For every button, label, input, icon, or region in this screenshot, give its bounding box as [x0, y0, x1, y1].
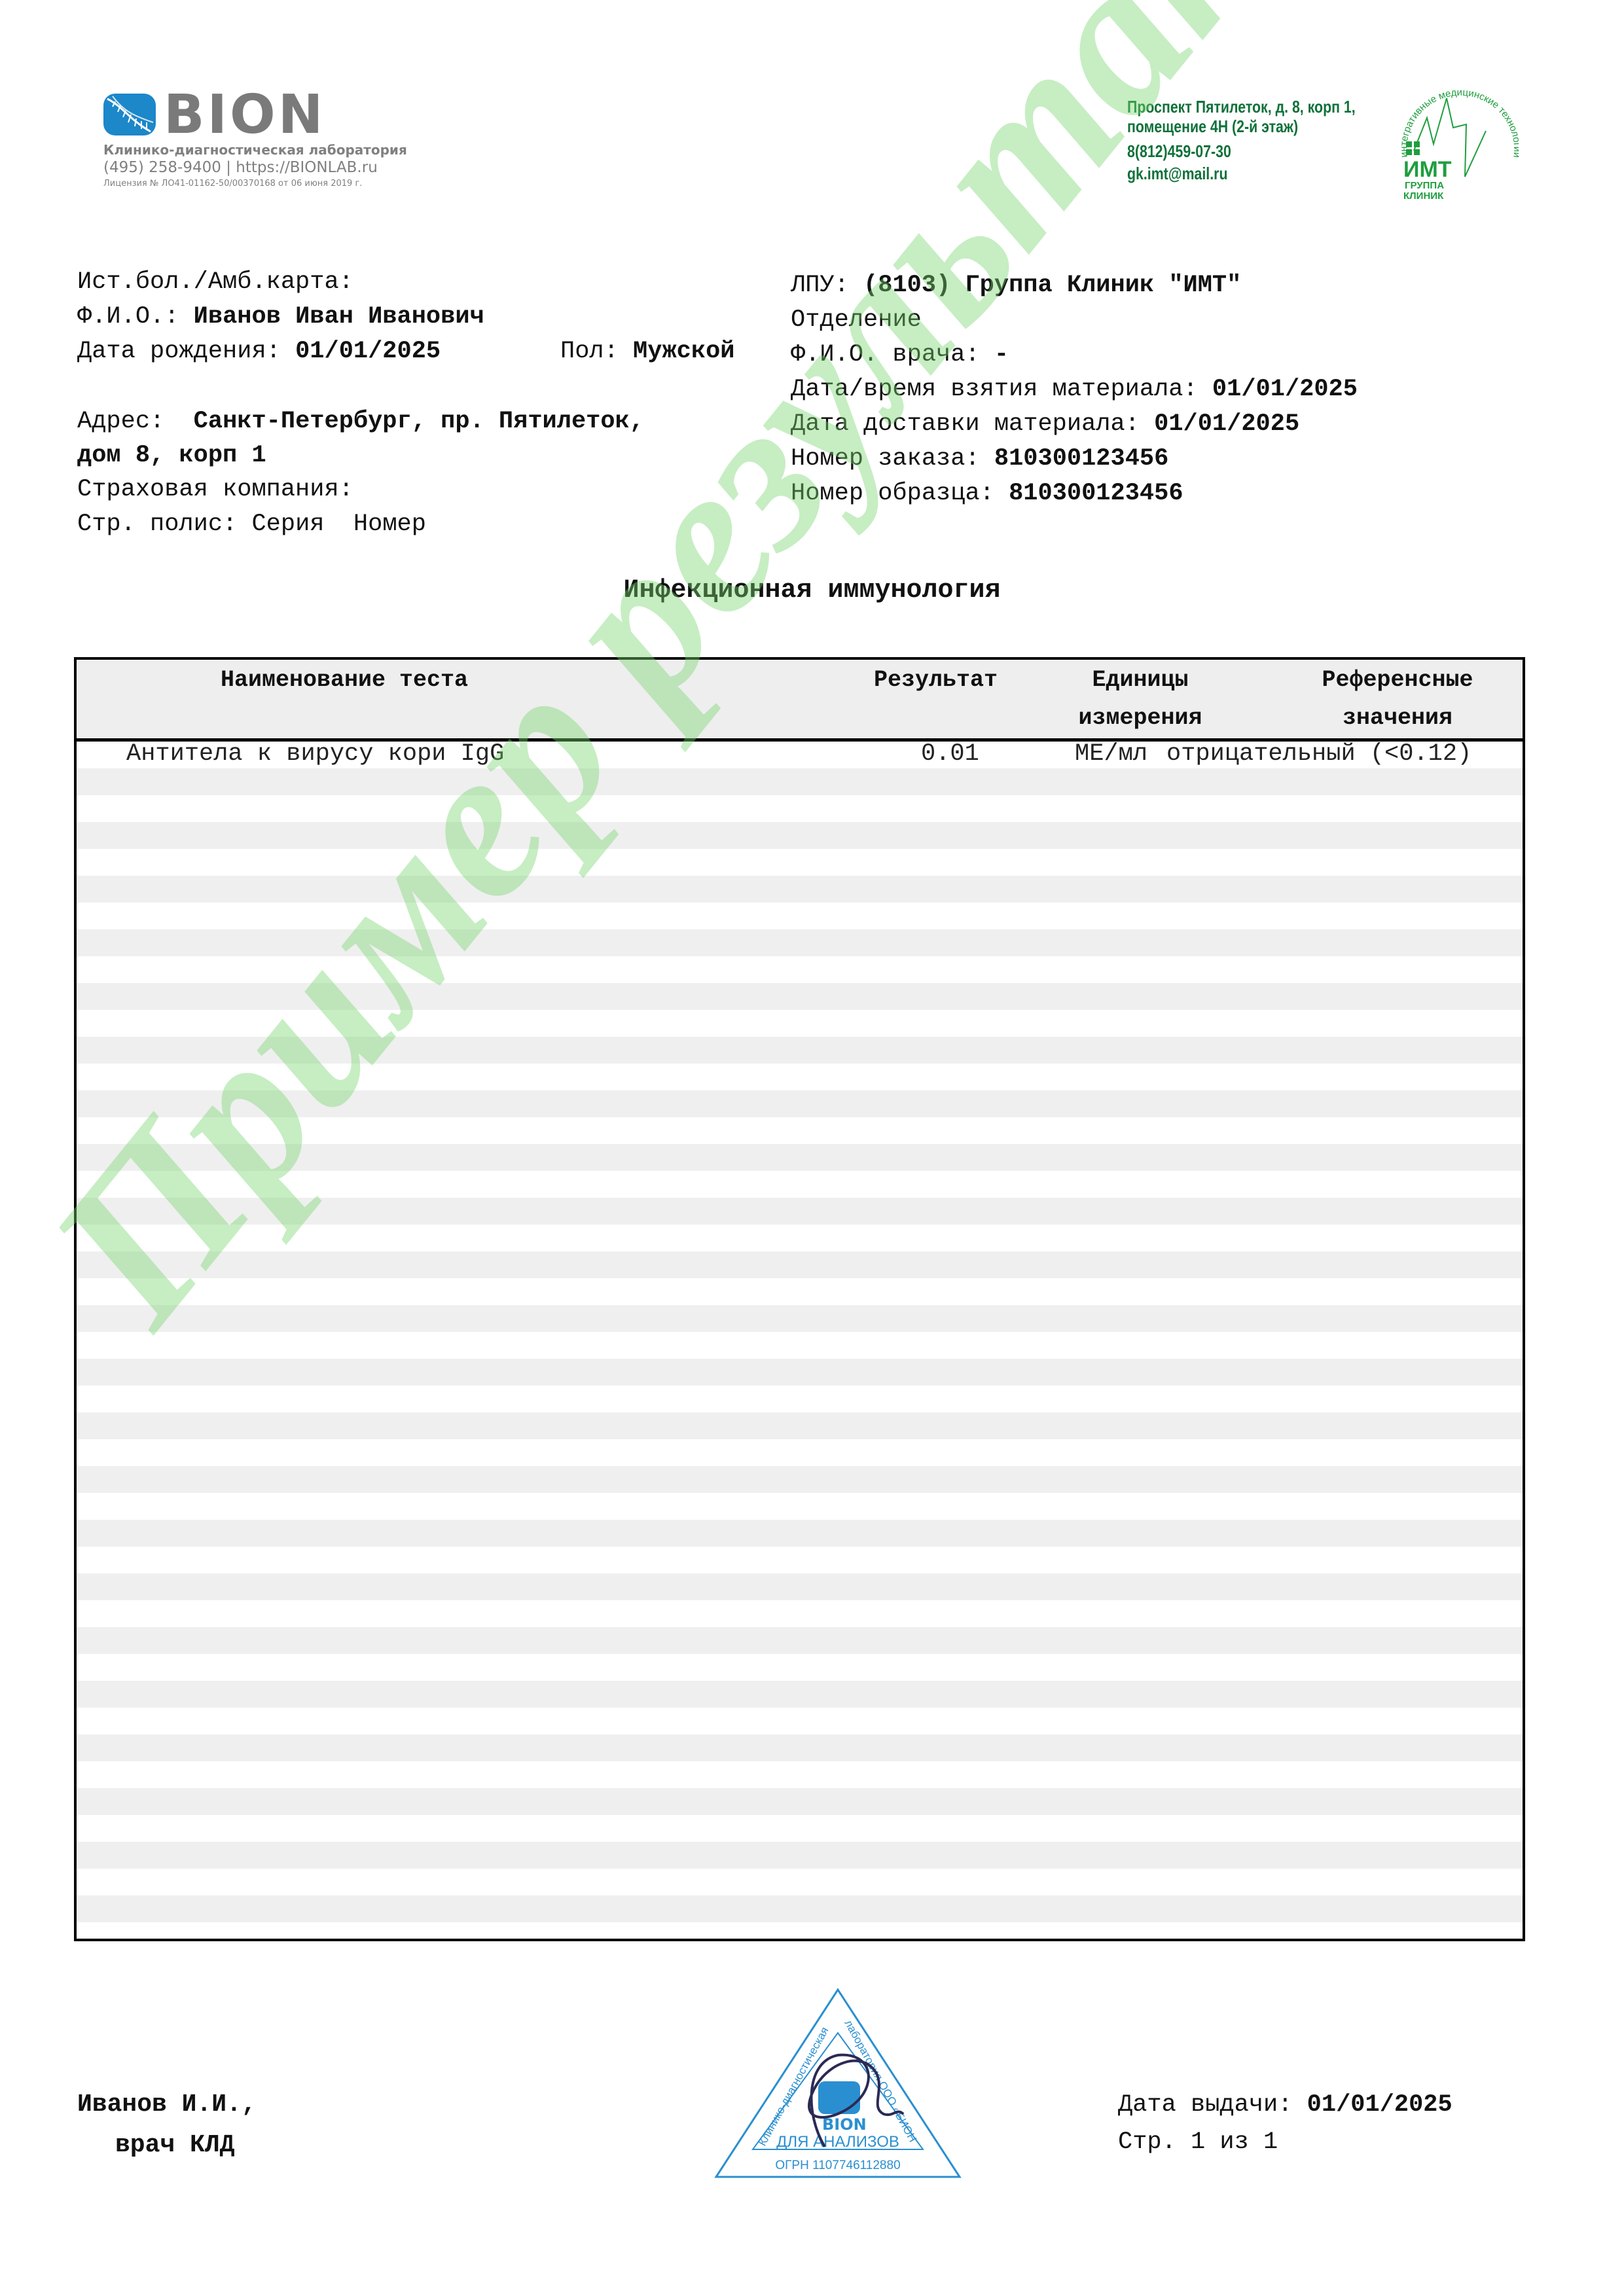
svg-text:ИМТ: ИМТ [1403, 157, 1452, 182]
units-cell: МЕ/мл [1075, 740, 1147, 768]
doctor-label: Ф.И.О. врача: [791, 341, 980, 368]
issue-date-label: Дата выдачи: [1118, 2091, 1292, 2119]
patient-dob: 01/01/2025 [295, 338, 441, 365]
clinic-email: gk.imt@mail.ru [1127, 164, 1356, 183]
doctor-value: - [994, 341, 1009, 368]
svg-text:КЛИНИК: КЛИНИК [1403, 190, 1444, 202]
lpu-value: (8103) Группа Клиник "ИМТ" [863, 272, 1241, 299]
col-header-test-name: Наименование теста [221, 661, 468, 699]
patient-sex-row: Пол: Мужской [560, 334, 734, 368]
sample-number-label: Номер образца: [791, 480, 994, 507]
result-cell: 0.01 [921, 740, 979, 768]
imt-clinic-logo: интегративные медицинские технологии ИМТ… [1388, 79, 1519, 209]
patient-address-row: Адрес: Санкт-Петербург, пр. Пятилеток, [77, 404, 644, 439]
lab-subtitle: Клинико-диагностическая лаборатория [103, 142, 407, 158]
svg-text:ОГРН 1107746112880: ОГРН 1107746112880 [775, 2159, 900, 2172]
name-label: Ф.И.О.: [77, 303, 179, 331]
policy-number: Номер [353, 511, 426, 538]
delivery-date: 01/01/2025 [1154, 410, 1299, 438]
patient-card-row: Ист.бол./Амб.карта: [77, 265, 353, 299]
svg-text:BION: BION [822, 2115, 867, 2134]
department-label: Отделение [791, 303, 922, 337]
sampling-label: Дата/время взятия материала: [791, 376, 1198, 403]
order-number-row: Номер заказа: 810300123456 [791, 442, 1168, 476]
sample-number: 810300123456 [1009, 480, 1183, 507]
patient-dob-row: Дата рождения: 01/01/2025 [77, 334, 441, 368]
table-body: Антитела к вирусу кори IgG 0.01 МЕ/мл от… [77, 742, 1523, 1939]
order-number: 810300123456 [994, 445, 1168, 473]
section-title: Инфекционная иммунология [0, 576, 1624, 605]
bion-lab-logo: BION Клинико-диагностическая лаборатория… [103, 94, 385, 192]
lpu-row: ЛПУ: (8103) Группа Клиник "ИМТ" [791, 268, 1241, 302]
sex-label: Пол: [560, 338, 619, 365]
issue-date: 01/01/2025 [1307, 2091, 1453, 2119]
imt-emblem-icon: интегративные медицинские технологии ИМТ… [1388, 79, 1519, 209]
svg-text:интегративные медицинские техн: интегративные медицинские технологии [1398, 87, 1519, 158]
lab-contacts: (495) 258-9400 | https://BIONLAB.ru [103, 159, 378, 176]
policy-label: Стр. полис: [77, 511, 237, 538]
table-header: Наименование теста Результат Единицы изм… [77, 660, 1523, 742]
col-header-reference-line2: значения [1312, 699, 1483, 737]
sample-number-row: Номер образца: 810300123456 [791, 476, 1183, 511]
insurance-label: Страховая компания: [77, 473, 353, 507]
lab-stamp: Клинико-диагностическая лаборатория ООО … [713, 1983, 962, 2179]
patient-name-row: Ф.И.О.: Иванов Иван Иванович [77, 300, 484, 334]
svg-text:лаборатория ООО «БИОН»: лаборатория ООО «БИОН» [713, 1983, 919, 2144]
policy-series: Серия [251, 511, 324, 538]
lab-license: Лицензия № ЛО41-01162-50/00370168 от 06 … [103, 179, 362, 188]
clinic-phone: 8(812)459-07-30 [1127, 141, 1356, 161]
sampling-date-row: Дата/время взятия материала: 01/01/2025 [791, 372, 1358, 406]
col-header-units: Единицы измерения [1058, 661, 1222, 737]
page-counter: Стр. 1 из 1 [1118, 2125, 1278, 2159]
svg-text:ГРУППА: ГРУППА [1405, 180, 1444, 191]
patient-sex: Мужской [633, 338, 734, 365]
reference-cell: отрицательный (<0.12) [1166, 740, 1471, 768]
results-table: Наименование теста Результат Единицы изм… [74, 657, 1525, 1941]
col-header-reference-line1: Референсные [1312, 661, 1483, 699]
clinic-address-line2: помещение 4Н (2-й этаж) [1127, 117, 1356, 136]
dob-label: Дата рождения: [77, 338, 281, 365]
issue-date-row: Дата выдачи: 01/01/2025 [1118, 2088, 1453, 2122]
doctor-row: Ф.И.О. врача: - [791, 338, 1009, 372]
patient-name: Иванов Иван Иванович [194, 303, 484, 331]
delivery-label: Дата доставки материала: [791, 410, 1140, 438]
col-header-result: Результат [874, 661, 998, 699]
order-number-label: Номер заказа: [791, 445, 980, 473]
bion-wordmark: BION [164, 88, 325, 142]
bion-mini-logo-icon [818, 2081, 860, 2114]
col-header-reference: Референсные значения [1312, 661, 1483, 737]
col-header-units-line1: Единицы [1058, 661, 1222, 699]
card-label: Ист.бол./Амб.карта: [77, 268, 353, 296]
policy-row: Стр. полис: Серия Номер [77, 507, 426, 541]
lpu-label: ЛПУ: [791, 272, 849, 299]
sampling-date: 01/01/2025 [1212, 376, 1358, 403]
test-name-cell: Антитела к вирусу кори IgG [126, 740, 504, 768]
clinic-address-line1: Проспект Пятилеток, д. 8, корп 1, [1127, 97, 1356, 117]
clinic-contact-block: Проспект Пятилеток, д. 8, корп 1, помеще… [1127, 97, 1405, 183]
patient-address-line2: дом 8, корп 1 [77, 439, 266, 473]
triangle-stamp-icon: Клинико-диагностическая лаборатория ООО … [713, 1983, 962, 2179]
col-header-units-line2: измерения [1058, 699, 1222, 737]
svg-text:ДЛЯ АНАЛИЗОВ: ДЛЯ АНАЛИЗОВ [776, 2133, 899, 2151]
address-label: Адрес: [77, 408, 164, 435]
patient-address-line1: Санкт-Петербург, пр. Пятилеток, [194, 408, 644, 435]
delivery-date-row: Дата доставки материала: 01/01/2025 [791, 407, 1299, 441]
signing-doctor-title: врач КЛД [115, 2128, 234, 2162]
dna-helix-icon [103, 94, 156, 135]
signing-doctor-name: Иванов И.И., [77, 2088, 257, 2122]
